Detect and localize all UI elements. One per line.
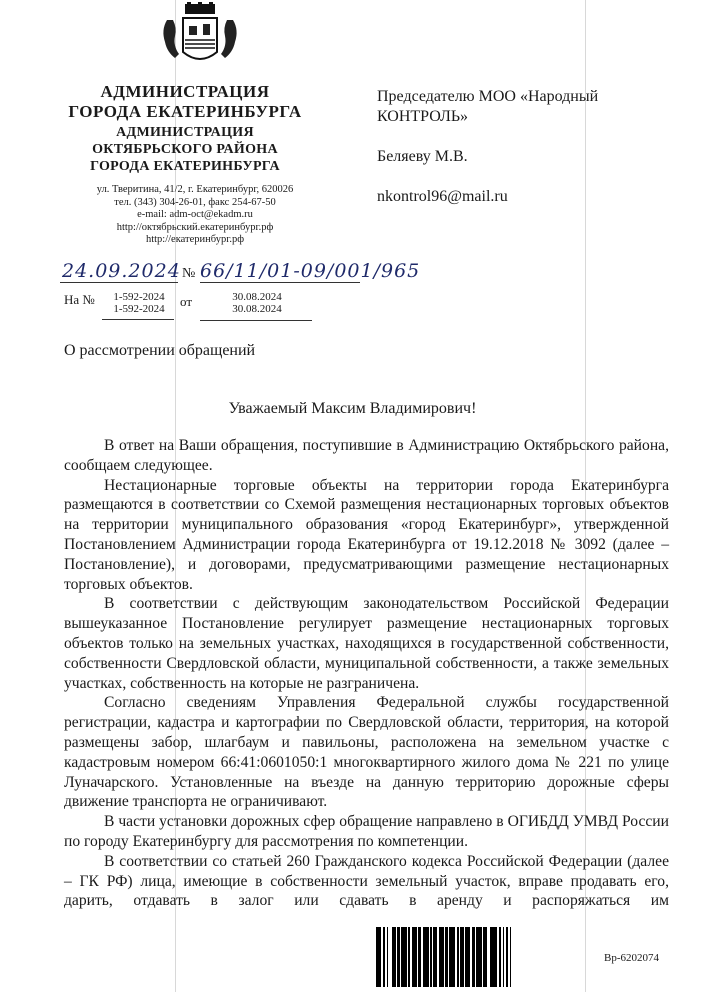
- paragraph: В ответ на Ваши обращения, поступившие в…: [64, 436, 669, 476]
- reply-number-underline: [102, 319, 174, 320]
- reply-label: На №: [64, 292, 95, 308]
- site-link-city[interactable]: http://екатеринбург.рф: [60, 234, 330, 247]
- phone: тел. (343) 304-26-01, факс 254-67-50: [60, 197, 330, 210]
- barcode-icon: [376, 927, 546, 987]
- org-main-line2: ГОРОДА ЕКАТЕРИНБУРГА: [60, 102, 310, 122]
- reply-date-1: 30.08.2024: [202, 291, 312, 303]
- paragraph: В части установки дорожных сфер обращени…: [64, 812, 669, 852]
- number-underline: [200, 282, 360, 283]
- addressee-title-line2: КОНТРОЛЬ»: [377, 107, 598, 127]
- org-sub-line2: ОКТЯБРЬСКОГО РАЙОНА: [60, 141, 310, 158]
- email-link[interactable]: e-mail: adm-oct@ekadm.ru: [60, 209, 330, 222]
- handwritten-date: 24.09.2024: [62, 260, 181, 282]
- addressee-name: Беляеву М.В.: [377, 147, 598, 167]
- reply-number-2: 1-592-2024: [104, 303, 174, 315]
- reply-date-underline: [200, 320, 312, 321]
- date-underline: [60, 282, 178, 283]
- org-main-line1: АДМИНИСТРАЦИЯ: [60, 82, 310, 102]
- org-main-title: АДМИНИСТРАЦИЯ ГОРОДА ЕКАТЕРИНБУРГА: [60, 82, 310, 122]
- org-sub-line1: АДМИНИСТРАЦИЯ: [60, 124, 310, 141]
- reply-numbers: 1-592-2024 1-592-2024: [104, 291, 174, 315]
- contacts-block: ул. Тверитина, 41/2, г. Екатеринбург, 62…: [60, 184, 330, 247]
- letter-body: В ответ на Ваши обращения, поступившие в…: [64, 436, 669, 911]
- addressee-email[interactable]: nkontrol96@mail.ru: [377, 187, 598, 207]
- org-sub-title: АДМИНИСТРАЦИЯ ОКТЯБРЬСКОГО РАЙОНА ГОРОДА…: [60, 124, 310, 175]
- letter-subject: О рассмотрении обращений: [64, 342, 255, 360]
- paragraph: В соответствии со статьей 260 Гражданско…: [64, 852, 669, 911]
- addressee-title-line1: Председателю МОО «Народный: [377, 87, 598, 107]
- number-label: №: [182, 266, 195, 282]
- paragraph: В соответствии с действующим законодател…: [64, 594, 669, 693]
- reply-dates: 30.08.2024 30.08.2024: [202, 291, 312, 315]
- site-link-district[interactable]: http://октябрьский.екатеринбург.рф: [60, 222, 330, 235]
- paragraph: Согласно сведениям Управления Федерально…: [64, 693, 669, 812]
- reply-number-1: 1-592-2024: [104, 291, 174, 303]
- from-label: от: [180, 294, 192, 310]
- greeting: Уважаемый Максим Владимирович!: [0, 400, 705, 418]
- addressee-block: Председателю МОО «Народный КОНТРОЛЬ» Бел…: [377, 87, 598, 207]
- document-id: Вр-6202074: [604, 952, 659, 964]
- handwritten-number: 66/11/01-09/001/965: [200, 260, 420, 282]
- coat-of-arms-icon: [153, 2, 247, 68]
- paragraph: Нестационарные торговые объекты на терри…: [64, 476, 669, 595]
- org-sub-line3: ГОРОДА ЕКАТЕРИНБУРГА: [60, 158, 310, 175]
- reply-date-2: 30.08.2024: [202, 303, 312, 315]
- address: ул. Тверитина, 41/2, г. Екатеринбург, 62…: [60, 184, 330, 197]
